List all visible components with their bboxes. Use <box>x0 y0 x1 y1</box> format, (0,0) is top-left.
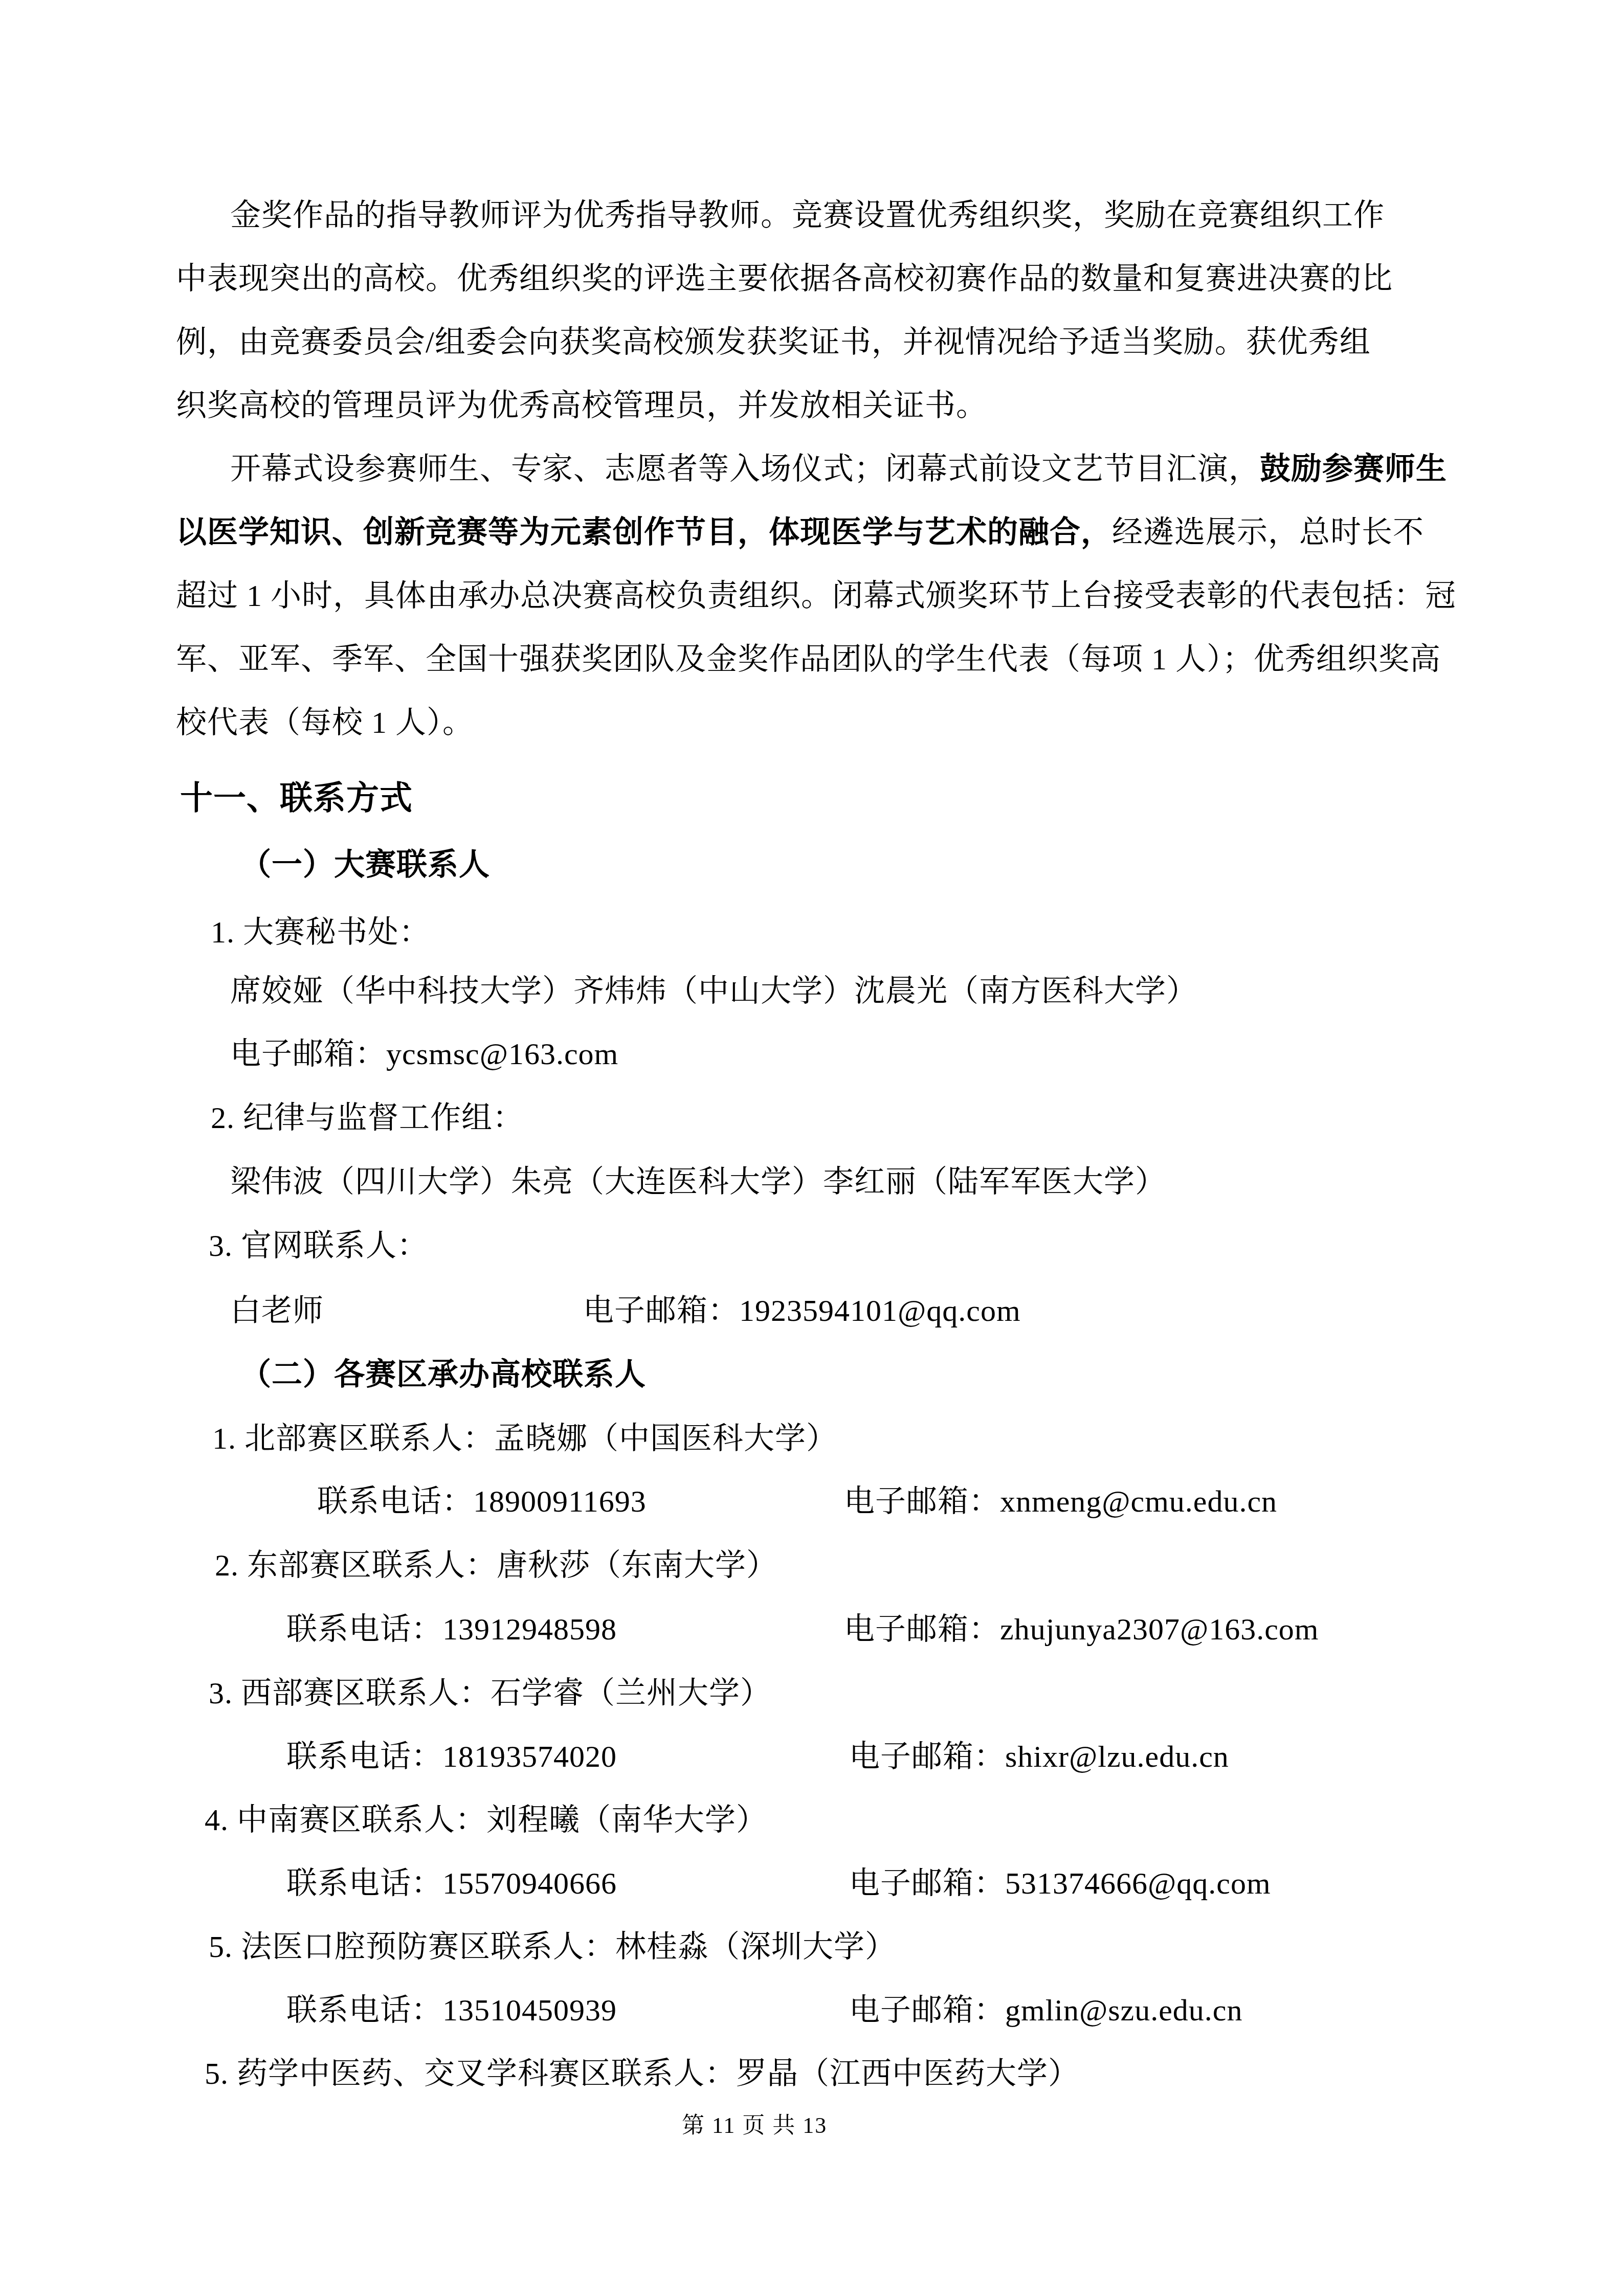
sub1-item2-names: 梁伟波（四川大学）朱亮（大连医科大学）李红丽（陆军军医大学） <box>230 1163 1166 1200</box>
sub2-item2-email: 电子邮箱：zhujunya2307@163.com <box>844 1611 1319 1648</box>
paragraph2-line2: 以医学知识、创新竞赛等为元素创作节目，体现医学与艺术的融合，经遴选展示，总时长不 <box>176 514 1424 551</box>
paragraph1-line2: 中表现突出的高校。优秀组织奖的评选主要依据各高校初赛作品的数量和复赛进决赛的比 <box>176 260 1393 297</box>
paragraph1-line1: 金奖作品的指导教师评为优秀指导教师。竞赛设置优秀组织奖，奖励在竞赛组织工作 <box>230 197 1385 234</box>
sub2-item5-email: 电子邮箱：gmlin@szu.edu.cn <box>849 1992 1243 2029</box>
paragraph2-line1: 开幕式设参赛师生、专家、志愿者等入场仪式；闭幕式前设文艺节目汇演，鼓励参赛师生 <box>230 451 1447 487</box>
sub1-item1-names: 席姣娅（华中科技大学）齐炜炜（中山大学）沈晨光（南方医科大学） <box>230 973 1197 1009</box>
sub1-item2-title: 2. 纪律与监督工作组： <box>211 1099 524 1136</box>
sub2-item3-phone: 联系电话：18193574020 <box>286 1738 617 1775</box>
document-page: 金奖作品的指导教师评为优秀指导教师。竞赛设置优秀组织奖，奖励在竞赛组织工作 中表… <box>0 0 1624 2296</box>
sub2-item6-title: 5. 药学中医药、交叉学科赛区联系人：罗晶（江西中医药大学） <box>205 2055 1079 2092</box>
sub2-item4-title: 4. 中南赛区联系人：刘程曦（南华大学） <box>205 1802 767 1838</box>
page-number-footer: 第 11 页 共 13 <box>682 2107 827 2140</box>
sub2-item2-title: 2. 东部赛区联系人：唐秋莎（东南大学） <box>215 1547 777 1584</box>
sub1-item1-title: 1. 大赛秘书处： <box>211 914 430 951</box>
sub1-item3-title: 3. 官网联系人： <box>209 1227 428 1264</box>
sub2-item3-title: 3. 西部赛区联系人：石学睿（兰州大学） <box>209 1675 771 1712</box>
paragraph1-line4: 织奖高校的管理员评为优秀高校管理员，并发放相关证书。 <box>176 387 987 424</box>
paragraph2-line2-bold: 以医学知识、创新竞赛等为元素创作节目，体现医学与艺术的融合， <box>176 515 1112 549</box>
paragraph2-line2-regular: 经遴选展示，总时长不 <box>1112 515 1424 549</box>
sub1-item3-name: 白老师 <box>230 1292 324 1329</box>
sub1-heading: （一）大赛联系人 <box>240 846 490 883</box>
paragraph2-line3: 超过 1 小时，具体由承办总决赛高校负责组织。闭幕式颁奖环节上台接受表彰的代表包… <box>176 577 1456 614</box>
sub2-item1-email: 电子邮箱：xnmeng@cmu.edu.cn <box>844 1483 1277 1520</box>
sub2-item4-email: 电子邮箱：531374666@qq.com <box>849 1865 1271 1902</box>
sub2-item2-phone: 联系电话：13912948598 <box>286 1611 617 1648</box>
sub2-heading: （二）各赛区承办高校联系人 <box>240 1356 646 1393</box>
sub1-item1-email: 电子邮箱：ycsmsc@163.com <box>230 1036 618 1072</box>
sub2-item3-email: 电子邮箱：shixr@lzu.edu.cn <box>849 1738 1229 1775</box>
sub2-item1-phone: 联系电话：18900911693 <box>317 1483 647 1520</box>
sub1-item3-email: 电子邮箱：1923594101@qq.com <box>583 1292 1021 1329</box>
paragraph1-line3: 例，由竞赛委员会/组委会向获奖高校颁发获奖证书，并视情况给予适当奖励。获优秀组 <box>176 324 1371 361</box>
sub2-item1-title: 1. 北部赛区联系人：孟晓娜（中国医科大学） <box>212 1420 837 1457</box>
paragraph2-line5: 校代表（每校 1 人）。 <box>176 704 474 741</box>
paragraph2-line1-regular: 开幕式设参赛师生、专家、志愿者等入场仪式；闭幕式前设文艺节目汇演， <box>230 452 1260 486</box>
paragraph2-line4: 军、亚军、季军、全国十强获奖团队及金奖作品团队的学生代表（每项 1 人）；优秀组… <box>176 641 1441 678</box>
sub2-item4-phone: 联系电话：15570940666 <box>286 1865 617 1902</box>
paragraph2-line1-bold: 鼓励参赛师生 <box>1260 452 1447 486</box>
sub2-item5-title: 5. 法医口腔预防赛区联系人：林桂淼（深圳大学） <box>209 1928 896 1965</box>
section-heading-contact: 十一、联系方式 <box>180 778 413 818</box>
sub2-item5-phone: 联系电话：13510450939 <box>286 1992 617 2029</box>
